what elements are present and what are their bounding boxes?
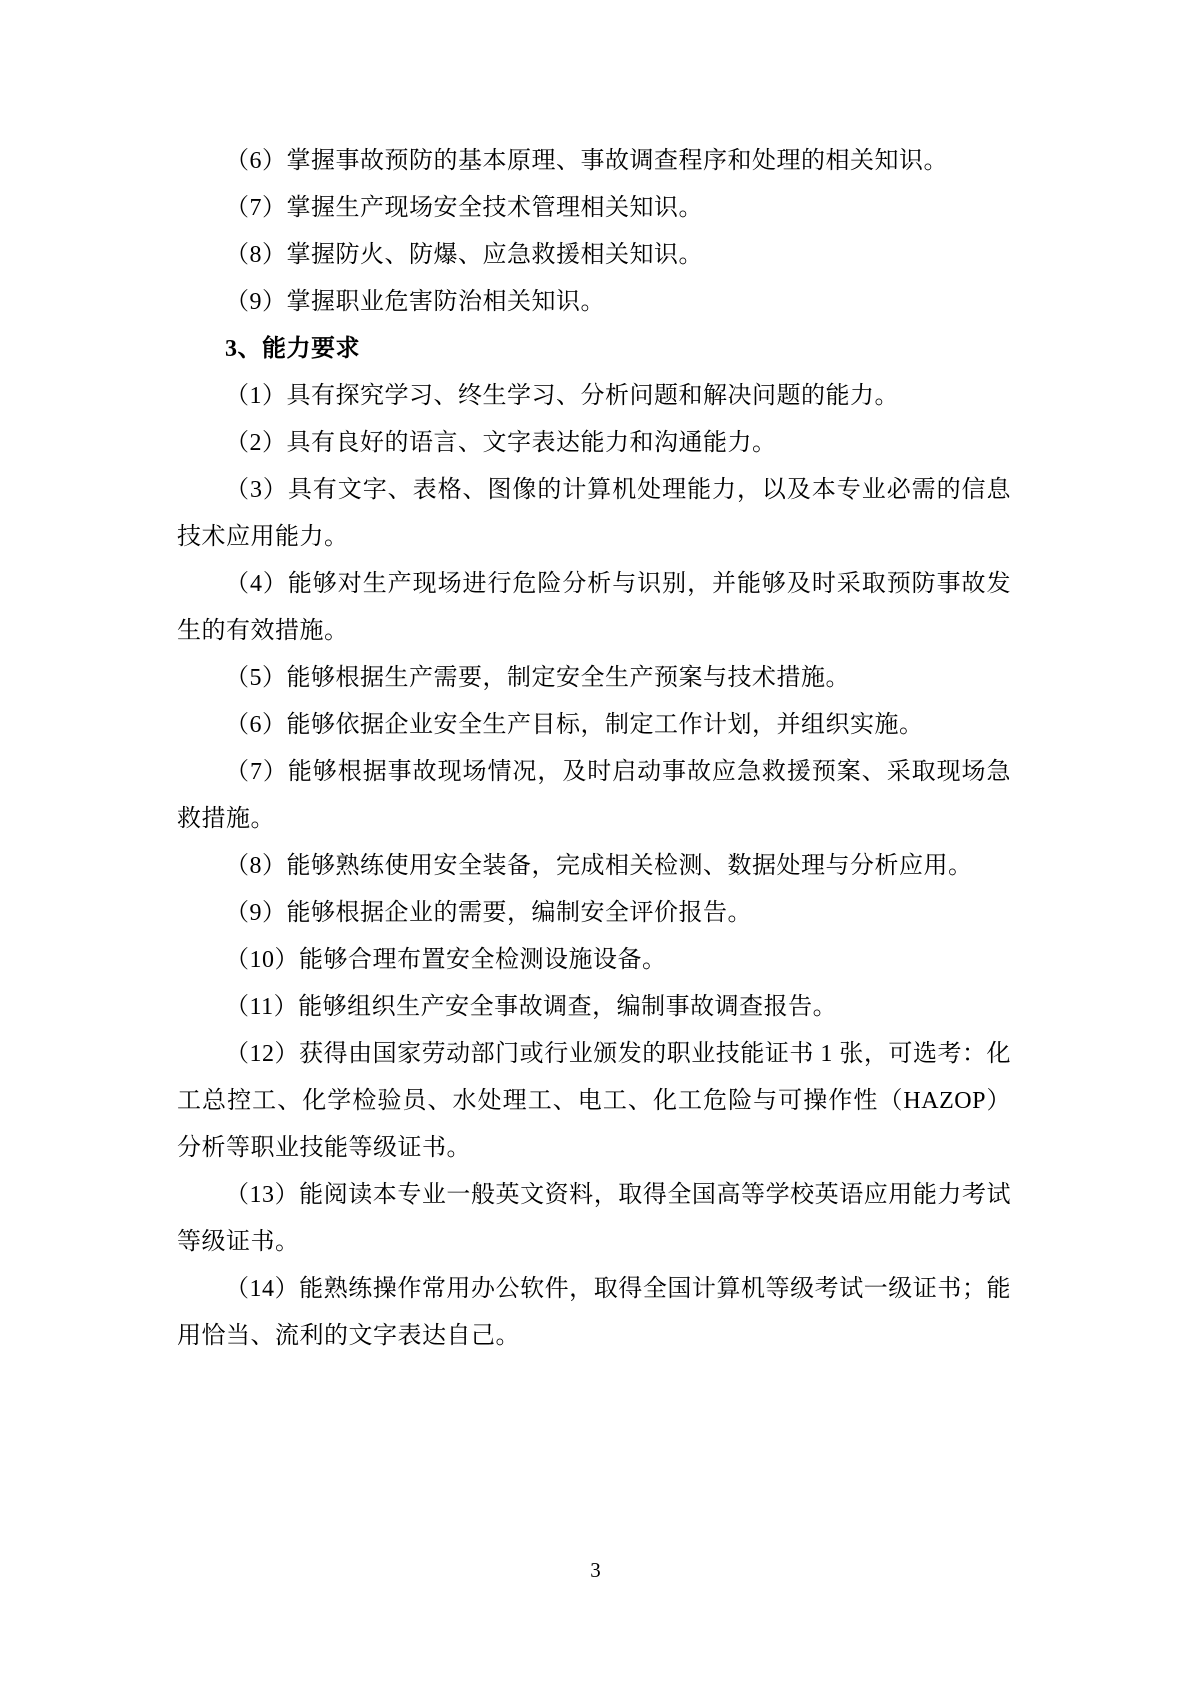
document-body: （6）掌握事故预防的基本原理、事故调查程序和处理的相关知识。（7）掌握生产现场安… [177,138,1011,1360]
paragraph: （8）能够熟练使用安全装备，完成相关检测、数据处理与分析应用。 [177,843,1011,890]
paragraph: （7）能够根据事故现场情况，及时启动事故应急救援预案、采取现场急救措施。 [177,749,1011,843]
paragraph: （13）能阅读本专业一般英文资料，取得全国高等学校英语应用能力考试等级证书。 [177,1172,1011,1266]
paragraph: （4）能够对生产现场进行危险分析与识别，并能够及时采取预防事故发生的有效措施。 [177,561,1011,655]
paragraph: （14）能熟练操作常用办公软件，取得全国计算机等级考试一级证书；能用恰当、流利的… [177,1266,1011,1360]
paragraph: （9）掌握职业危害防治相关知识。 [177,279,1011,326]
paragraph: （5）能够根据生产需要，制定安全生产预案与技术措施。 [177,655,1011,702]
paragraph: （1）具有探究学习、终生学习、分析问题和解决问题的能力。 [177,373,1011,420]
paragraph: （8）掌握防火、防爆、应急救援相关知识。 [177,232,1011,279]
paragraph: （6）掌握事故预防的基本原理、事故调查程序和处理的相关知识。 [177,138,1011,185]
paragraph: （12）获得由国家劳动部门或行业颁发的职业技能证书 1 张，可选考：化工总控工、… [177,1031,1011,1172]
document-page: （6）掌握事故预防的基本原理、事故调查程序和处理的相关知识。（7）掌握生产现场安… [0,0,1191,1684]
paragraph: （7）掌握生产现场安全技术管理相关知识。 [177,185,1011,232]
page-footer: 3 [0,1556,1191,1584]
paragraph: （3）具有文字、表格、图像的计算机处理能力，以及本专业必需的信息技术应用能力。 [177,467,1011,561]
paragraph: （6）能够依据企业安全生产目标，制定工作计划，并组织实施。 [177,702,1011,749]
page-number: 3 [590,1558,601,1582]
paragraph: （10）能够合理布置安全检测设施设备。 [177,937,1011,984]
paragraph: （9）能够根据企业的需要，编制安全评价报告。 [177,890,1011,937]
section-heading: 3、能力要求 [177,326,1011,373]
paragraph: （2）具有良好的语言、文字表达能力和沟通能力。 [177,420,1011,467]
paragraph: （11）能够组织生产安全事故调查，编制事故调查报告。 [177,984,1011,1031]
